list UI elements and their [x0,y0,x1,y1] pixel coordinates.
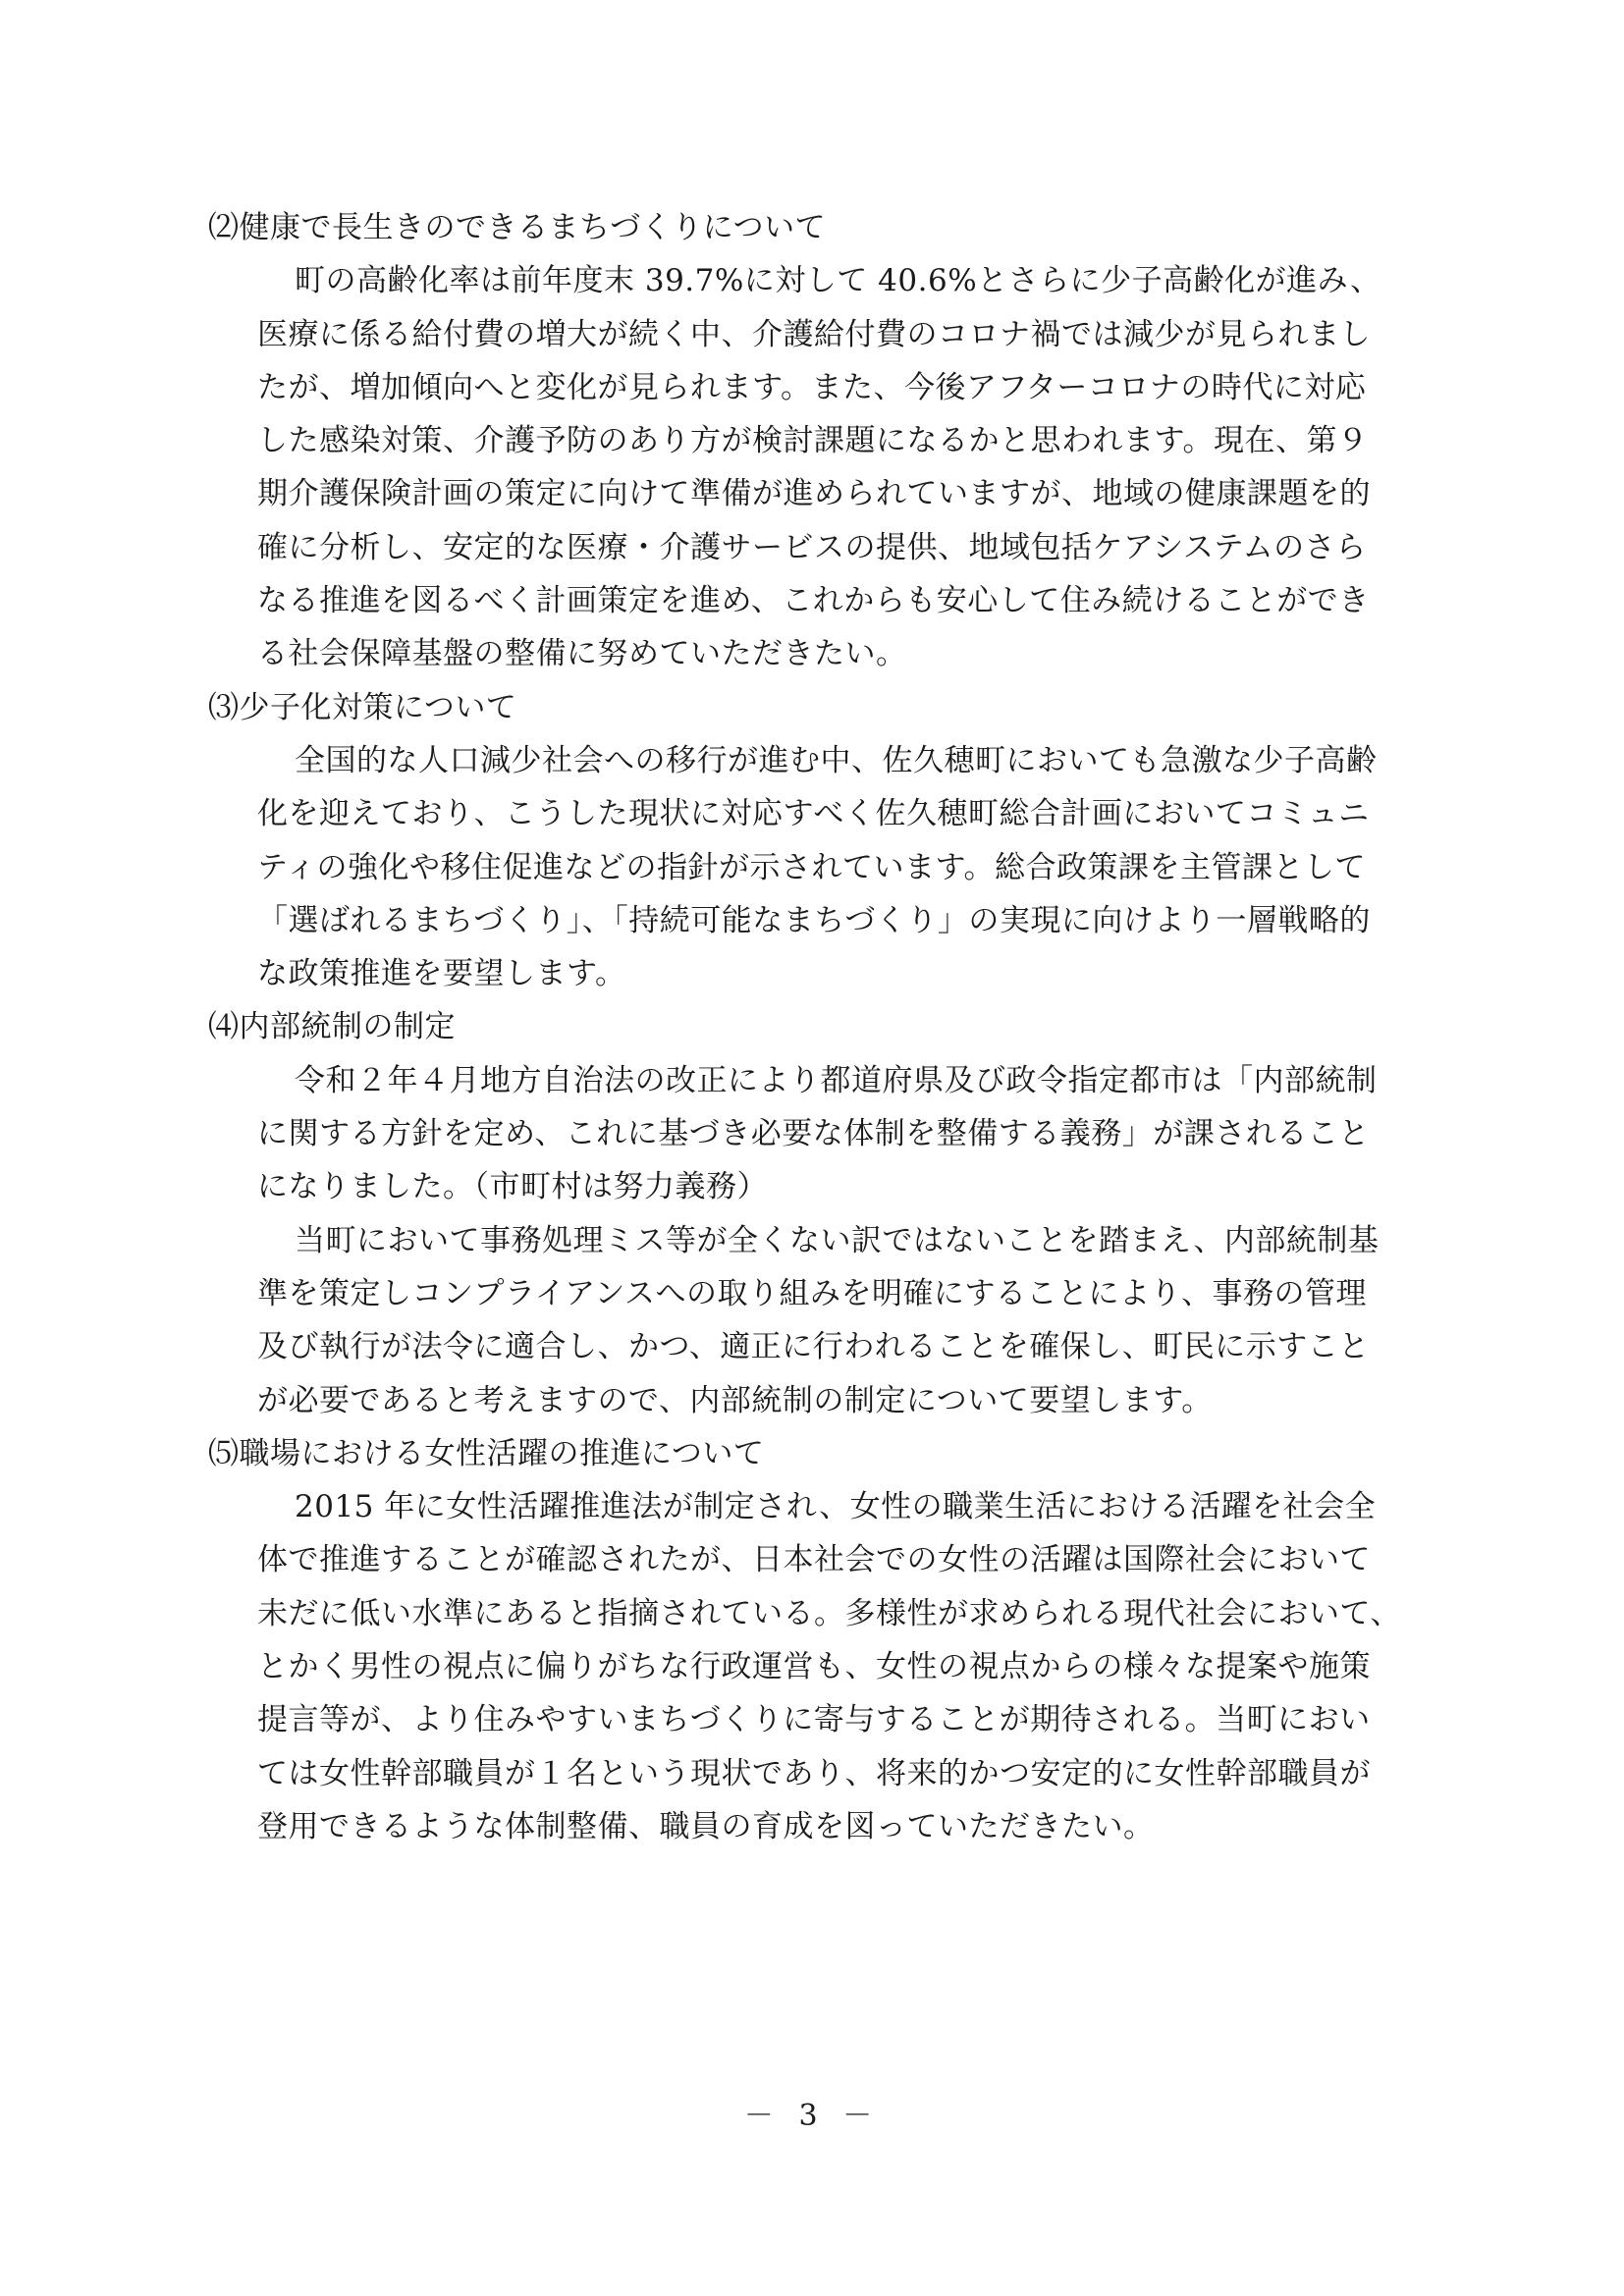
paragraph-line: 「選ばれるまちづくり」、「持続可能なまちづくり」の実現に向けより一層戦略的 [208,894,1445,947]
paragraph-line: ては女性幹部職員が１名という現状であり、将来的かつ安定的に女性幹部職員が [208,1747,1445,1800]
paragraph-line: 令和２年４月地方自治法の改正により都道府県及び政令指定都市は「内部統制 [208,1054,1445,1107]
paragraph-line: とかく男性の視点に偏りがちな行政運営も、女性の視点からの様々な提案や施策 [208,1640,1445,1693]
paragraph-line: 2015 年に女性活躍推進法が制定され、女性の職業生活における活躍を社会全 [208,1480,1445,1533]
paragraph-line: 及び執行が法令に適合し、かつ、適正に行われることを確保し、町民に示すこと [208,1320,1445,1373]
paragraph-line: 準を策定しコンプライアンスへの取り組みを明確にすることにより、事務の管理 [208,1267,1445,1320]
paragraph-line: 全国的な人口減少社会への移行が進む中、佐久穂町においても急激な少子高齢 [208,734,1445,787]
paragraph-line: な政策推進を要望します。 [208,947,1445,1000]
section-heading-health: ⑵健康で長生きのできるまちづくりについて [208,201,1445,254]
paragraph-line: 当町において事務処理ミス等が全くない訳ではないことを踏まえ、内部統制基 [208,1214,1445,1267]
section-heading-birthrate: ⑶少子化対策について [208,681,1445,734]
paragraph-line: が必要であると考えますので、内部統制の制定について要望します。 [208,1374,1445,1427]
paragraph-line: 登用できるような体制整備、職員の育成を図っていただきたい。 [208,1800,1445,1853]
document-page: ⑵健康で長生きのできるまちづくりについて 町の高齢化率は前年度末 39.7%に対… [0,0,1624,2296]
paragraph-line: した感染対策、介護予防のあり方が検討課題になるかと思われます。現在、第９ [208,414,1445,467]
paragraph-line: たが、増加傾向へと変化が見られます。また、今後アフターコロナの時代に対応 [208,361,1445,414]
page-number: － 3 － [0,2095,1624,2138]
paragraph-line: 体で推進することが確認されたが、日本社会での女性の活躍は国際社会において [208,1533,1445,1586]
paragraph-line: 提言等が、より住みやすいまちづくりに寄与することが期待される。当町におい [208,1693,1445,1746]
section-heading-internal-control: ⑷内部統制の制定 [208,1000,1445,1053]
paragraph-line: ティの強化や移住促進などの指針が示されています。総合政策課を主管課として [208,841,1445,894]
paragraph-line: 化を迎えており、こうした現状に対応すべく佐久穂町総合計画においてコミュニ [208,787,1445,840]
document-body: ⑵健康で長生きのできるまちづくりについて 町の高齢化率は前年度末 39.7%に対… [208,201,1445,1853]
paragraph-line: 確に分析し、安定的な医療・介護サービスの提供、地域包括ケアシステムのさら [208,521,1445,574]
paragraph-line: 医療に係る給付費の増大が続く中、介護給付費のコロナ禍では減少が見られまし [208,308,1445,361]
paragraph-line: になりました。（市町村は努力義務） [208,1160,1445,1213]
paragraph-line: 未だに低い水準にあると指摘されている。多様性が求められる現代社会において、 [208,1587,1445,1640]
section-heading-women-workplace: ⑸職場における女性活躍の推進について [208,1427,1445,1480]
paragraph-line: に関する方針を定め、これに基づき必要な体制を整備する義務」が課されること [208,1107,1445,1160]
paragraph-line: 期介護保険計画の策定に向けて準備が進められていますが、地域の健康課題を的 [208,467,1445,520]
paragraph-line: る社会保障基盤の整備に努めていただきたい。 [208,627,1445,680]
paragraph-line: 町の高齢化率は前年度末 39.7%に対して 40.6%とさらに少子高齢化が進み、 [208,254,1445,307]
paragraph-line: なる推進を図るべく計画策定を進め、これからも安心して住み続けることができ [208,574,1445,627]
